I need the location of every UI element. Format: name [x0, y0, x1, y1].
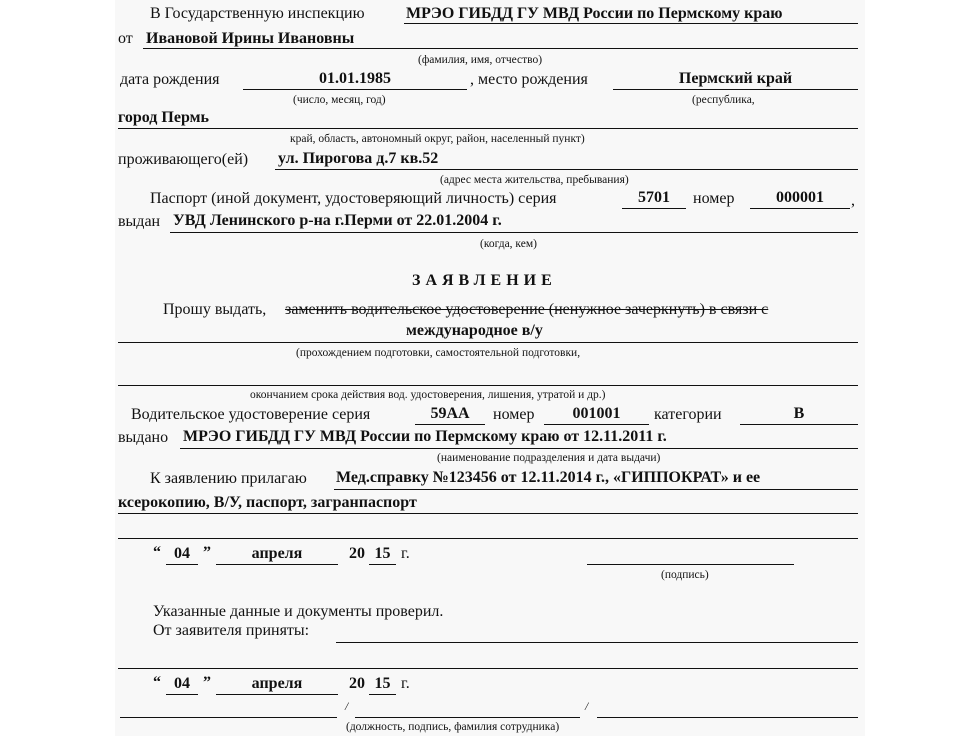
applicant-date-year: 15: [369, 545, 396, 563]
license-issued-underline: [180, 448, 858, 449]
request-underline: [118, 342, 858, 343]
applicant-year-underline: [369, 564, 396, 565]
officer-slash-2: /: [585, 701, 588, 714]
passport-label: Паспорт (иной документ, удостоверяющий л…: [150, 190, 557, 208]
officer-signature-line: [355, 717, 580, 718]
officer-date-year: 15: [369, 675, 396, 693]
applicant-signature-line: [587, 564, 794, 565]
to-value: МРЭО ГИБДД ГУ МВД России по Пермскому кр…: [406, 5, 782, 23]
officer-date-century: 20: [349, 675, 365, 693]
attach-underline2: [118, 513, 858, 514]
passport-number: 000001: [750, 189, 850, 207]
officer-date-day: 04: [166, 675, 198, 693]
from-value: Ивановой Ирины Ивановны: [146, 30, 354, 48]
request-struck: заменить водительское удостоверение (нен…: [285, 301, 768, 319]
attach-underline3: [118, 538, 858, 539]
issued-value: УВД Ленинского р-на г.Перми от 22.01.200…: [173, 212, 502, 230]
birth-place-label: , место рождения: [470, 71, 588, 89]
birth-place-value: Пермский край: [613, 70, 858, 88]
birth-date-value: 01.01.1985: [243, 70, 467, 88]
license-label: Водительское удостоверение серия: [131, 406, 370, 424]
license-series: 59АА: [415, 405, 485, 423]
residence-underline: [275, 169, 858, 170]
applicant-date-day: 04: [166, 545, 198, 563]
birth-place-underline: [613, 89, 858, 90]
residence-label: проживающего(ей): [118, 151, 248, 169]
applicant-signature-hint: (подпись): [661, 569, 709, 582]
attach-label: К заявлению прилагаю: [150, 470, 307, 488]
statement-title: ЗАЯВЛЕНИЕ: [412, 272, 557, 290]
birth-place2-underline: [118, 128, 858, 129]
from-hint: (фамилия, имя, отчество): [418, 54, 542, 67]
applicant-date-year-suffix: г.: [401, 545, 410, 563]
applicant-day-underline: [166, 564, 198, 565]
attach-underline1: [334, 489, 858, 490]
birth-place-value2: город Пермь: [118, 109, 209, 127]
license-issued-hint: (наименование подразделения и дата выдач…: [437, 452, 660, 465]
officer-day-underline: [166, 694, 198, 695]
reason-hint1: (прохождением подготовки, самостоятельно…: [296, 347, 580, 360]
applicant-date-century: 20: [349, 545, 365, 563]
officer-date-year-suffix: г.: [401, 675, 410, 693]
officer-year-underline: [369, 694, 396, 695]
residence-value: ул. Пирогова д.7 кв.52: [278, 150, 438, 168]
from-prefix: от: [118, 30, 133, 48]
residence-hint: (адрес места жительства, пребывания): [440, 174, 629, 187]
passport-comma: ,: [851, 192, 855, 210]
officer-date-close-quote: ”: [203, 674, 211, 692]
applicant-month-underline: [216, 564, 338, 565]
issued-underline: [170, 232, 858, 233]
category-label: категории: [654, 406, 722, 424]
license-number-underline: [544, 424, 649, 425]
license-issued-label: выдано: [118, 429, 168, 447]
officer-month-underline: [216, 694, 338, 695]
passport-series: 5701: [622, 189, 686, 207]
applicant-date-close-quote: ”: [203, 544, 211, 562]
birth-date-hint: (число, месяц, год): [293, 94, 386, 107]
request-value: международное в/у: [406, 322, 543, 340]
license-number: 001001: [544, 405, 649, 423]
officer-checked-text: Указанные данные и документы проверил.: [153, 603, 443, 621]
passport-number-underline: [750, 208, 850, 209]
to-prefix: В Государственную инспекцию: [150, 5, 365, 23]
request-prefix: Прошу выдать,: [163, 301, 266, 319]
license-number-label: номер: [493, 406, 534, 424]
attach-value2: ксерокопию, В/У, паспорт, загранпаспорт: [118, 494, 417, 512]
applicant-date-open-quote: “: [153, 544, 161, 562]
applicant-date-month: апреля: [216, 545, 338, 563]
officer-accepted-label: От заявителя приняты:: [153, 622, 309, 640]
category-value: В: [740, 405, 858, 423]
issued-hint: (когда, кем): [480, 238, 537, 251]
officer-date-open-quote: “: [153, 674, 161, 692]
attach-value1: Мед.справку №123456 от 12.11.2014 г., «Г…: [336, 469, 760, 487]
birth-date-label: дата рождения: [120, 71, 220, 89]
to-underline: [404, 23, 858, 24]
reason-hint2: окончанием срока действия вод. удостовер…: [250, 389, 605, 402]
passport-number-label: номер: [693, 190, 734, 208]
passport-series-underline: [622, 208, 686, 209]
license-issued-value: МРЭО ГИБДД ГУ МВД России по Пермскому кр…: [183, 428, 667, 446]
birth-place-hint2: край, область, автономный округ, район, …: [290, 133, 585, 146]
issued-label: выдан: [118, 213, 160, 231]
officer-name-line: [597, 717, 858, 718]
officer-signature-hint: (должность, подпись, фамилия сотрудника): [346, 721, 559, 734]
birth-date-underline: [243, 89, 467, 90]
officer-position-line: [120, 717, 337, 718]
officer-accepted-underline2: [118, 668, 858, 669]
license-series-underline: [415, 424, 485, 425]
officer-date-month: апреля: [216, 675, 338, 693]
officer-accepted-underline: [336, 642, 858, 643]
birth-place-hint: (республика,: [692, 94, 755, 107]
category-underline: [740, 424, 858, 425]
from-underline: [143, 48, 858, 49]
officer-slash-1: /: [345, 701, 348, 714]
reason-underline: [118, 385, 858, 386]
